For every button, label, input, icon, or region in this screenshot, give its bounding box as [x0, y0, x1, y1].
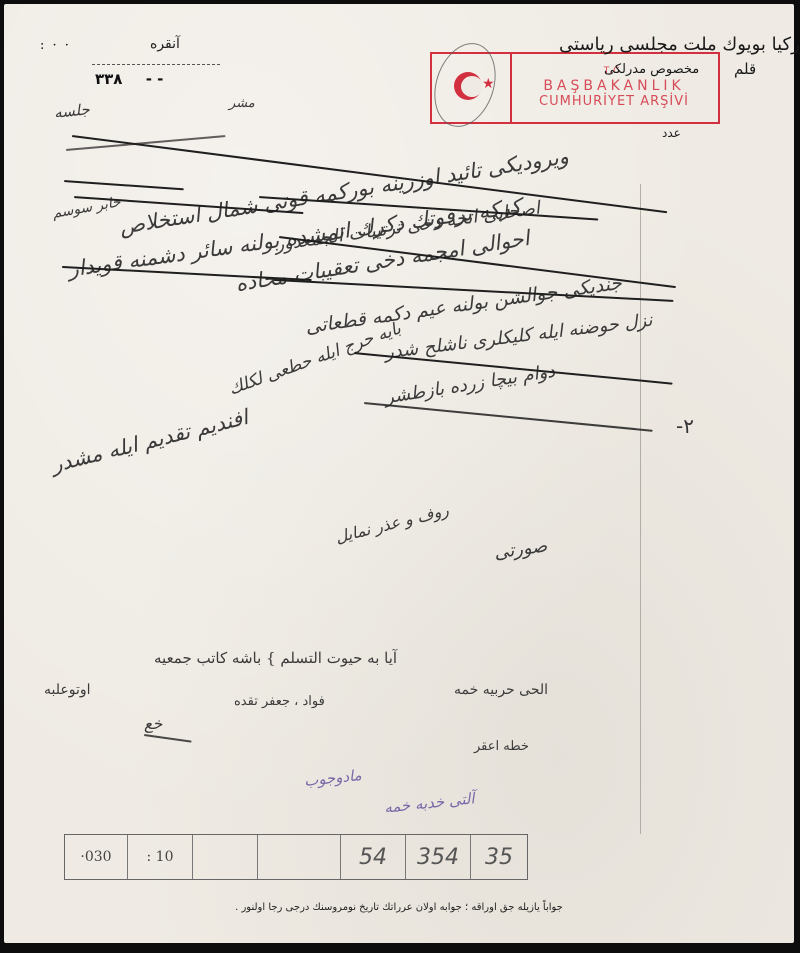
margin-number: -٢ [676, 414, 694, 438]
archive-cell-series: : 10 [128, 835, 193, 879]
doc-number-suffix: - - [146, 70, 164, 88]
distribution-item: اوتوعلبه [44, 682, 91, 698]
city-label: آنقره [150, 36, 180, 52]
archive-reference-box: ·030 : 10 54 354 35 [64, 834, 528, 880]
document-page: : · · آنقره ٣٣٨ - - ★ T.C. BAŞBAKANLIK C… [4, 4, 794, 943]
distribution-mark: خع [144, 714, 162, 733]
hw-line: روف و عذر نمايل [333, 500, 450, 546]
letterhead-title: توركيا بويوك ملت مجلسى رياستى [559, 34, 800, 55]
violet-note: آلتى خدبه خمه [383, 789, 475, 816]
hw-line: افنديم تقديم ايله مشدر [49, 405, 250, 477]
ink-dots: : · · [40, 38, 71, 53]
archive-cell-file: 354 [406, 835, 471, 879]
letterhead-subtitle: مخصوص مدرلكى [604, 62, 699, 77]
distribution-item: باشه كاتب جمعيه [154, 649, 261, 667]
underline-stroke [144, 734, 192, 743]
doc-number-value: ٣٣٨ [95, 70, 122, 88]
archive-cell-blank [258, 835, 341, 879]
distribution-item: آيا به حيوت التسلم [280, 649, 397, 667]
distribution-line: آيا به حيوت التسلم } باشه كاتب جمعيه [154, 649, 397, 667]
dashed-rule [92, 64, 220, 65]
doc-number: ٣٣٨ - - [95, 70, 163, 88]
archive-cell-item: 35 [471, 835, 527, 879]
distribution-item: خطه اعقر [474, 739, 529, 754]
distribution-item: الحى حربيه خمه [454, 682, 548, 698]
hw-note: جلسه [53, 100, 90, 122]
footer-note: جواباً يازيله جق اوراقه ؛ جوابه اولان عر… [4, 902, 794, 913]
stamp-line-1: BAŞBAKANLIK [514, 78, 714, 94]
distribution-item: فواد ، جعفر تقده [234, 694, 325, 709]
archive-cell-fond: ·030 [65, 835, 128, 879]
strike-line [364, 402, 653, 432]
letterhead-aded: عدد [662, 126, 681, 140]
violet-note: مادوجوب [303, 766, 362, 790]
hw-line: دوام بيچا زرده بازطشر [383, 361, 556, 409]
stamp-line-2: CUMHURİYET ARŞİVİ [514, 94, 714, 109]
letterhead-kalem: قلم [734, 60, 756, 78]
archive-cell-blank [193, 835, 258, 879]
hw-signature-label: صورتى [493, 535, 549, 563]
hw-note: مشر [229, 96, 255, 111]
strike-line [64, 180, 184, 190]
archive-cell-box: 54 [341, 835, 406, 879]
